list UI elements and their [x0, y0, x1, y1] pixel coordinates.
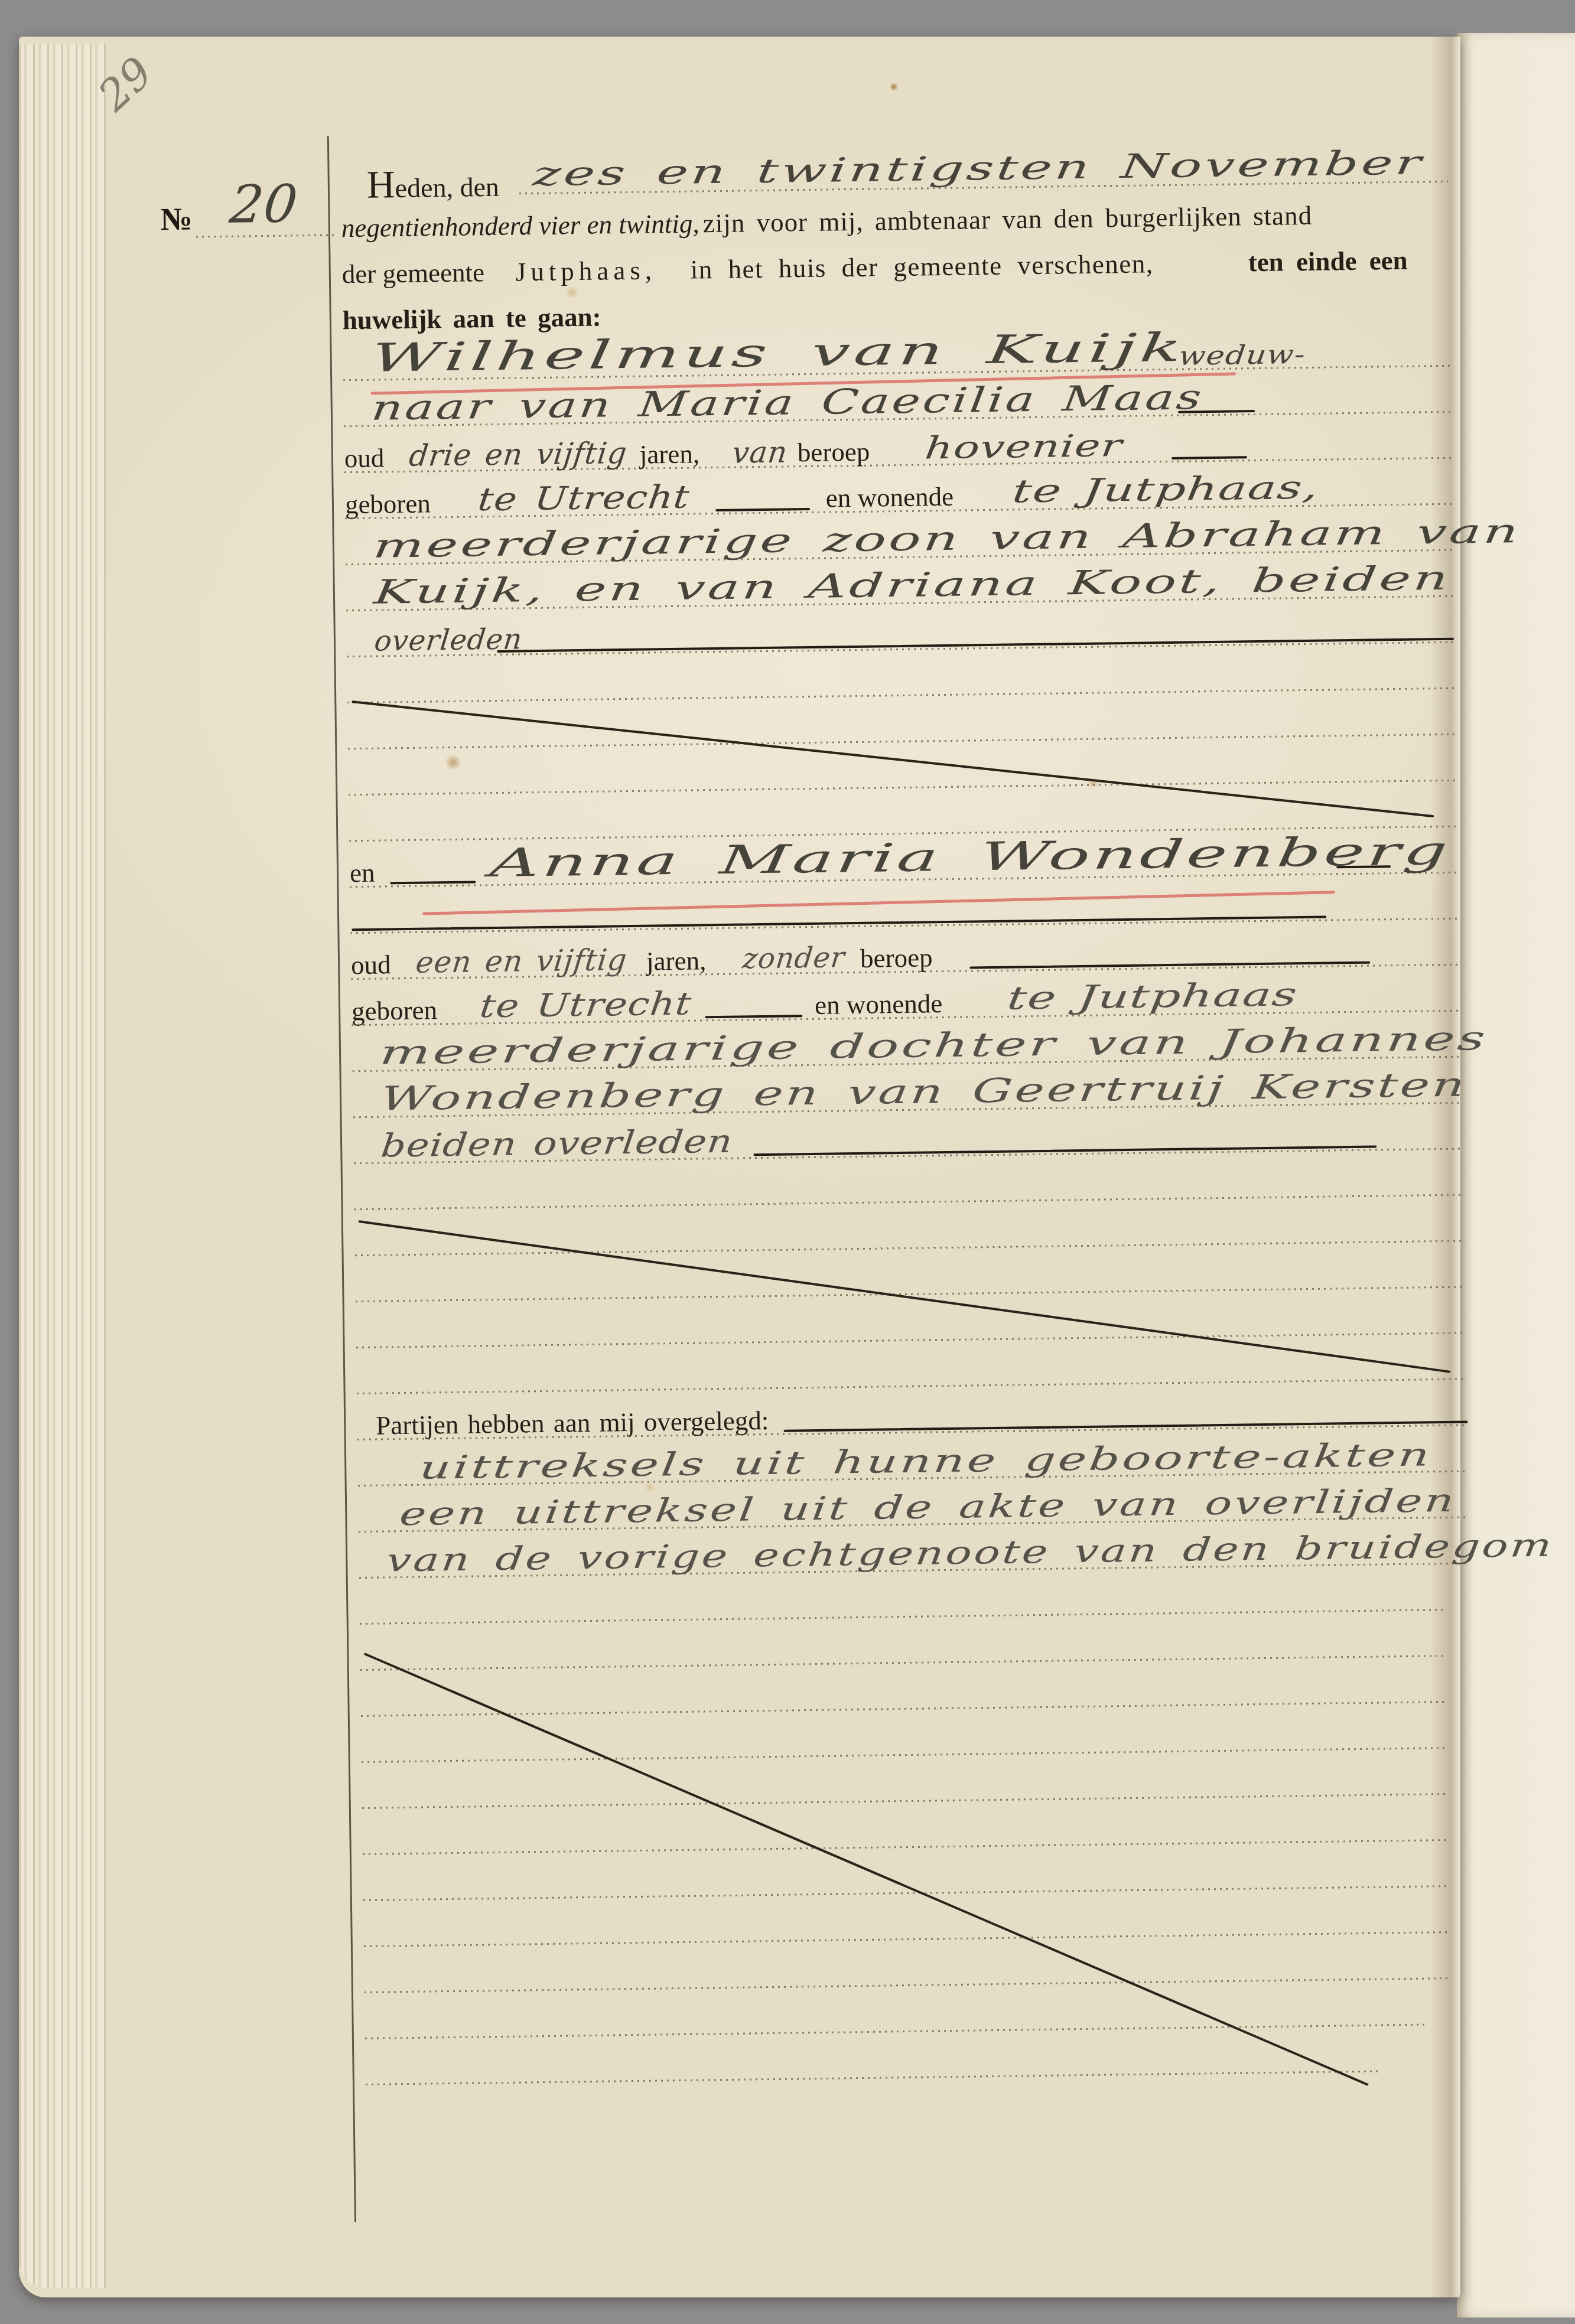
ink-fill-line: [715, 508, 810, 511]
form-line: [348, 734, 1455, 750]
form-line: [356, 1332, 1463, 1349]
form-line: [363, 1839, 1450, 1855]
form-label-en-wonende: en wonende: [815, 990, 943, 1019]
form-label-beroep: beroep: [860, 944, 933, 972]
documents-handwritten-1: uittreksels uit hunne geboorte-akten: [418, 1439, 1434, 1484]
groom-parents-handwritten-1: meerderjarige zoon van Abraham van: [372, 515, 1522, 563]
form-line: [362, 1793, 1449, 1809]
groom-birthplace-handwritten: te Utrecht: [476, 481, 691, 516]
bride-parents-handwritten-1: meerderjarige dochter van Johannes: [378, 1022, 1489, 1070]
bride-birthplace-handwritten: te Utrecht: [478, 988, 693, 1023]
groom-residence-handwritten: te Jutphaas,: [1011, 472, 1320, 508]
form-line: [356, 1286, 1463, 1303]
date-handwritten: zes en twintigsten November: [531, 146, 1426, 191]
municipality-name: Jutphaas,: [516, 257, 657, 285]
form-label-huwelijk: huwelijk aan te gaan:: [343, 304, 601, 334]
groom-widower-of-handwritten: naar van Maria Caecilia Maas: [370, 380, 1205, 425]
bride-parents-handwritten-3: beiden overleden: [380, 1126, 735, 1162]
form-label-geboren: geboren: [352, 997, 438, 1025]
ink-fill-line: [390, 881, 476, 884]
form-label-line2: zijn voor mij, ambtenaar van den burgerl…: [702, 203, 1312, 237]
groom-van-handwritten: van: [731, 437, 789, 467]
act-form-content: 29 № 20 Heden, den zes en twintigsten No…: [0, 0, 1575, 2324]
form-line: [354, 1194, 1462, 1211]
bride-name-handwritten: Anna Maria Wondenberg: [488, 832, 1452, 883]
form-label-geboren: geboren: [345, 490, 431, 518]
strike-through-line-1: [352, 700, 1434, 817]
form-label-der-gemeente: der gemeente: [342, 259, 485, 288]
documents-handwritten-3: van de vorige echtgenoote van den bruide…: [385, 1530, 1556, 1577]
form-line: [365, 2023, 1428, 2039]
ink-fill-line: [705, 1015, 802, 1018]
form-label-year: negentienhonderd vier en twintig,: [341, 210, 699, 242]
groom-name-handwritten: Wilhelmus van Kuijk: [369, 328, 1187, 378]
bride-residence-handwritten: te Jutphaas: [1005, 979, 1299, 1015]
ink-fill-line: [1172, 456, 1247, 459]
ink-fill-line: [497, 638, 1454, 653]
form-label-en: en: [350, 860, 375, 887]
form-line: [362, 1747, 1449, 1763]
ink-fill-line: [352, 916, 1326, 931]
form-label-jaren: jaren,: [646, 947, 707, 974]
form-line: [360, 1655, 1447, 1671]
form-label-ten-einde-een: ten einde een: [1248, 247, 1408, 276]
bride-age-handwritten: een en vijftig: [414, 945, 629, 977]
form-label-beroep: beroep: [798, 439, 870, 467]
form-label-oud: oud: [351, 951, 391, 979]
groom-age-handwritten: drie en vijftig: [408, 438, 629, 471]
form-label-line3: in het huis der gemeente verschenen,: [691, 250, 1154, 283]
groom-name-suffix-handwritten: weduw-: [1177, 342, 1307, 370]
record-number-label: №: [160, 203, 193, 236]
form-label-partijen: Partijen hebben aan mij overgelegd:: [376, 1407, 769, 1439]
form-label-heden-den: Heden, den: [366, 164, 499, 205]
form-line: [364, 1931, 1451, 1947]
form-line: [357, 1378, 1464, 1395]
strike-through-line-3: [364, 1652, 1369, 2086]
record-number-line: [196, 234, 335, 237]
bride-zonder-handwritten: zonder: [741, 943, 846, 973]
form-line: [365, 1977, 1452, 1993]
form-line: [350, 918, 1457, 934]
bride-parents-handwritten-2: Wondenberg en van Geertruij Kersten: [379, 1068, 1469, 1116]
form-line: [347, 687, 1454, 704]
form-line: [360, 1609, 1447, 1625]
form-label-en-wonende: en wonende: [826, 484, 954, 512]
documents-handwritten-2: een uittreksel uit de akte van overlijde…: [398, 1485, 1458, 1530]
margin-pencil-note: 29: [89, 47, 162, 120]
groom-parents-handwritten-2: Kuijk, en van Adriana Koot, beiden: [372, 562, 1452, 609]
form-label-oud: oud: [344, 445, 385, 472]
groom-profession-handwritten: hovenier: [923, 431, 1124, 464]
form-line: [366, 2071, 1382, 2086]
form-label-jaren: jaren,: [640, 441, 700, 468]
red-underline-bride-name: [422, 891, 1335, 915]
record-number-value: 20: [227, 178, 301, 231]
ink-fill-line: [1178, 410, 1255, 413]
form-line: [361, 1701, 1448, 1717]
form-line: [349, 780, 1456, 796]
